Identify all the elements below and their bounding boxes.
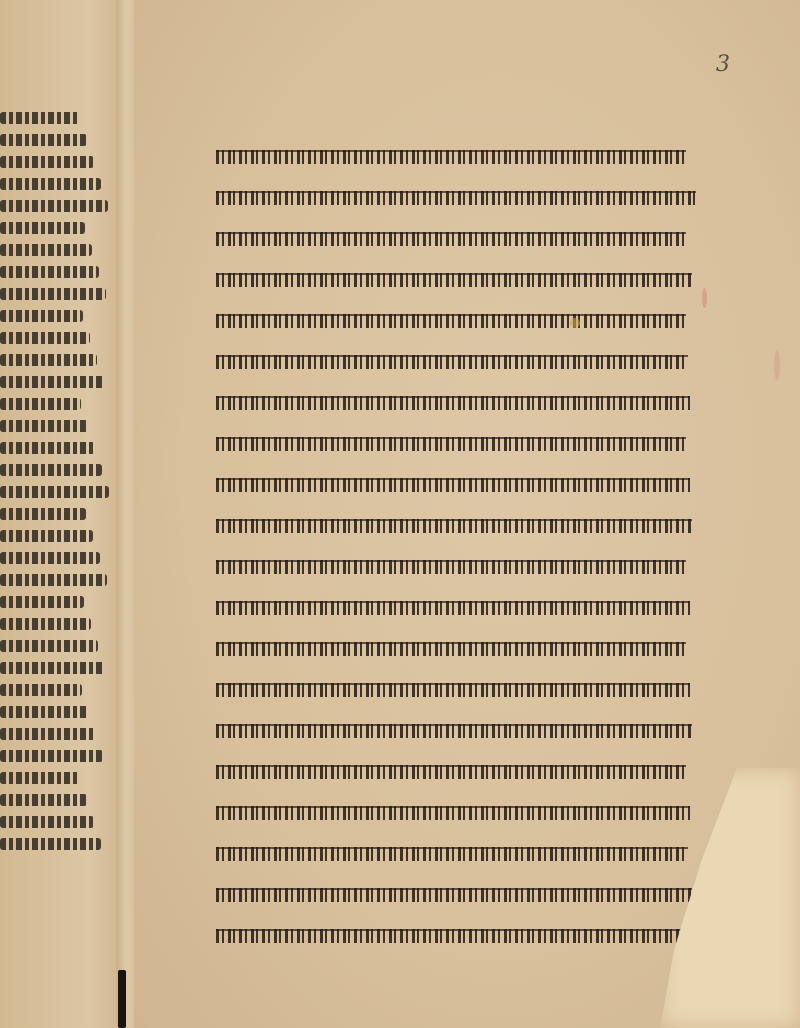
- script-line: [0, 816, 94, 828]
- script-line: [216, 312, 786, 328]
- script-line: [0, 156, 94, 168]
- script-line: [216, 394, 786, 410]
- script-line: [216, 148, 786, 164]
- script-line: [0, 178, 101, 190]
- handwritten-glyphs: [216, 847, 688, 861]
- script-line: [216, 599, 786, 615]
- script-line: [0, 112, 80, 124]
- ink-stain: [570, 318, 580, 328]
- script-line: [0, 222, 85, 234]
- script-line: [216, 763, 786, 779]
- script-line: [216, 517, 786, 533]
- script-line: [0, 354, 97, 366]
- handwritten-glyphs: [216, 396, 690, 410]
- page-number: 3: [716, 52, 730, 77]
- previous-page-fragment: [0, 0, 128, 1028]
- script-line: [216, 804, 786, 820]
- script-line: [216, 558, 786, 574]
- script-line: [0, 750, 103, 762]
- script-line: [0, 288, 106, 300]
- handwritten-glyphs: [216, 683, 690, 697]
- handwritten-glyphs: [216, 560, 686, 574]
- script-line: [0, 332, 90, 344]
- script-line: [0, 794, 87, 806]
- script-line: [0, 464, 102, 476]
- handwritten-glyphs: [216, 437, 686, 451]
- handwritten-glyphs: [216, 724, 692, 738]
- script-line: [0, 618, 91, 630]
- script-line: [216, 353, 786, 369]
- script-line: [0, 728, 96, 740]
- script-line: [0, 662, 105, 674]
- script-line: [0, 200, 108, 212]
- script-line: [216, 189, 786, 205]
- script-line: [216, 681, 786, 697]
- handwritten-glyphs: [216, 765, 686, 779]
- script-line: [0, 684, 82, 696]
- script-line: [216, 271, 786, 287]
- handwritten-glyphs: [216, 232, 686, 246]
- script-line: [0, 376, 104, 388]
- handwritten-glyphs: [216, 273, 692, 287]
- handwritten-glyphs: [216, 806, 690, 820]
- handwritten-glyphs: [216, 191, 696, 205]
- script-line: [216, 476, 786, 492]
- handwritten-glyphs: [216, 929, 686, 943]
- script-line: [0, 442, 95, 454]
- script-line: [216, 230, 786, 246]
- main-page: 3: [134, 0, 800, 1028]
- handwritten-glyphs: [216, 601, 690, 615]
- script-line: [0, 640, 98, 652]
- red-mark: [774, 350, 780, 380]
- script-line: [0, 530, 93, 542]
- handwritten-glyphs: [216, 642, 686, 656]
- script-line: [0, 596, 84, 608]
- manuscript-photo: 3: [0, 0, 800, 1028]
- script-line: [216, 640, 786, 656]
- script-line: [0, 772, 80, 784]
- script-line: [216, 722, 786, 738]
- script-line: [216, 435, 786, 451]
- script-line: [0, 552, 100, 564]
- script-line: [0, 574, 107, 586]
- handwritten-glyphs: [216, 150, 686, 164]
- script-line: [216, 845, 786, 861]
- handwritten-glyphs: [216, 314, 686, 328]
- script-line: [0, 508, 86, 520]
- manuscript-text-block: [216, 148, 786, 968]
- handwritten-glyphs: [216, 355, 688, 369]
- script-line: [0, 706, 89, 718]
- handwritten-glyphs: [216, 478, 690, 492]
- handwritten-glyphs: [216, 888, 692, 902]
- script-line: [0, 420, 88, 432]
- script-line: [0, 310, 83, 322]
- handwritten-glyphs: [216, 519, 692, 533]
- script-line: [0, 266, 99, 278]
- script-line: [0, 486, 109, 498]
- previous-page-text: [0, 112, 110, 860]
- script-line: [0, 134, 87, 146]
- script-line: [0, 244, 92, 256]
- script-line: [0, 838, 101, 850]
- script-line: [0, 398, 81, 410]
- red-mark: [702, 288, 707, 308]
- binding-edge: [118, 970, 126, 1028]
